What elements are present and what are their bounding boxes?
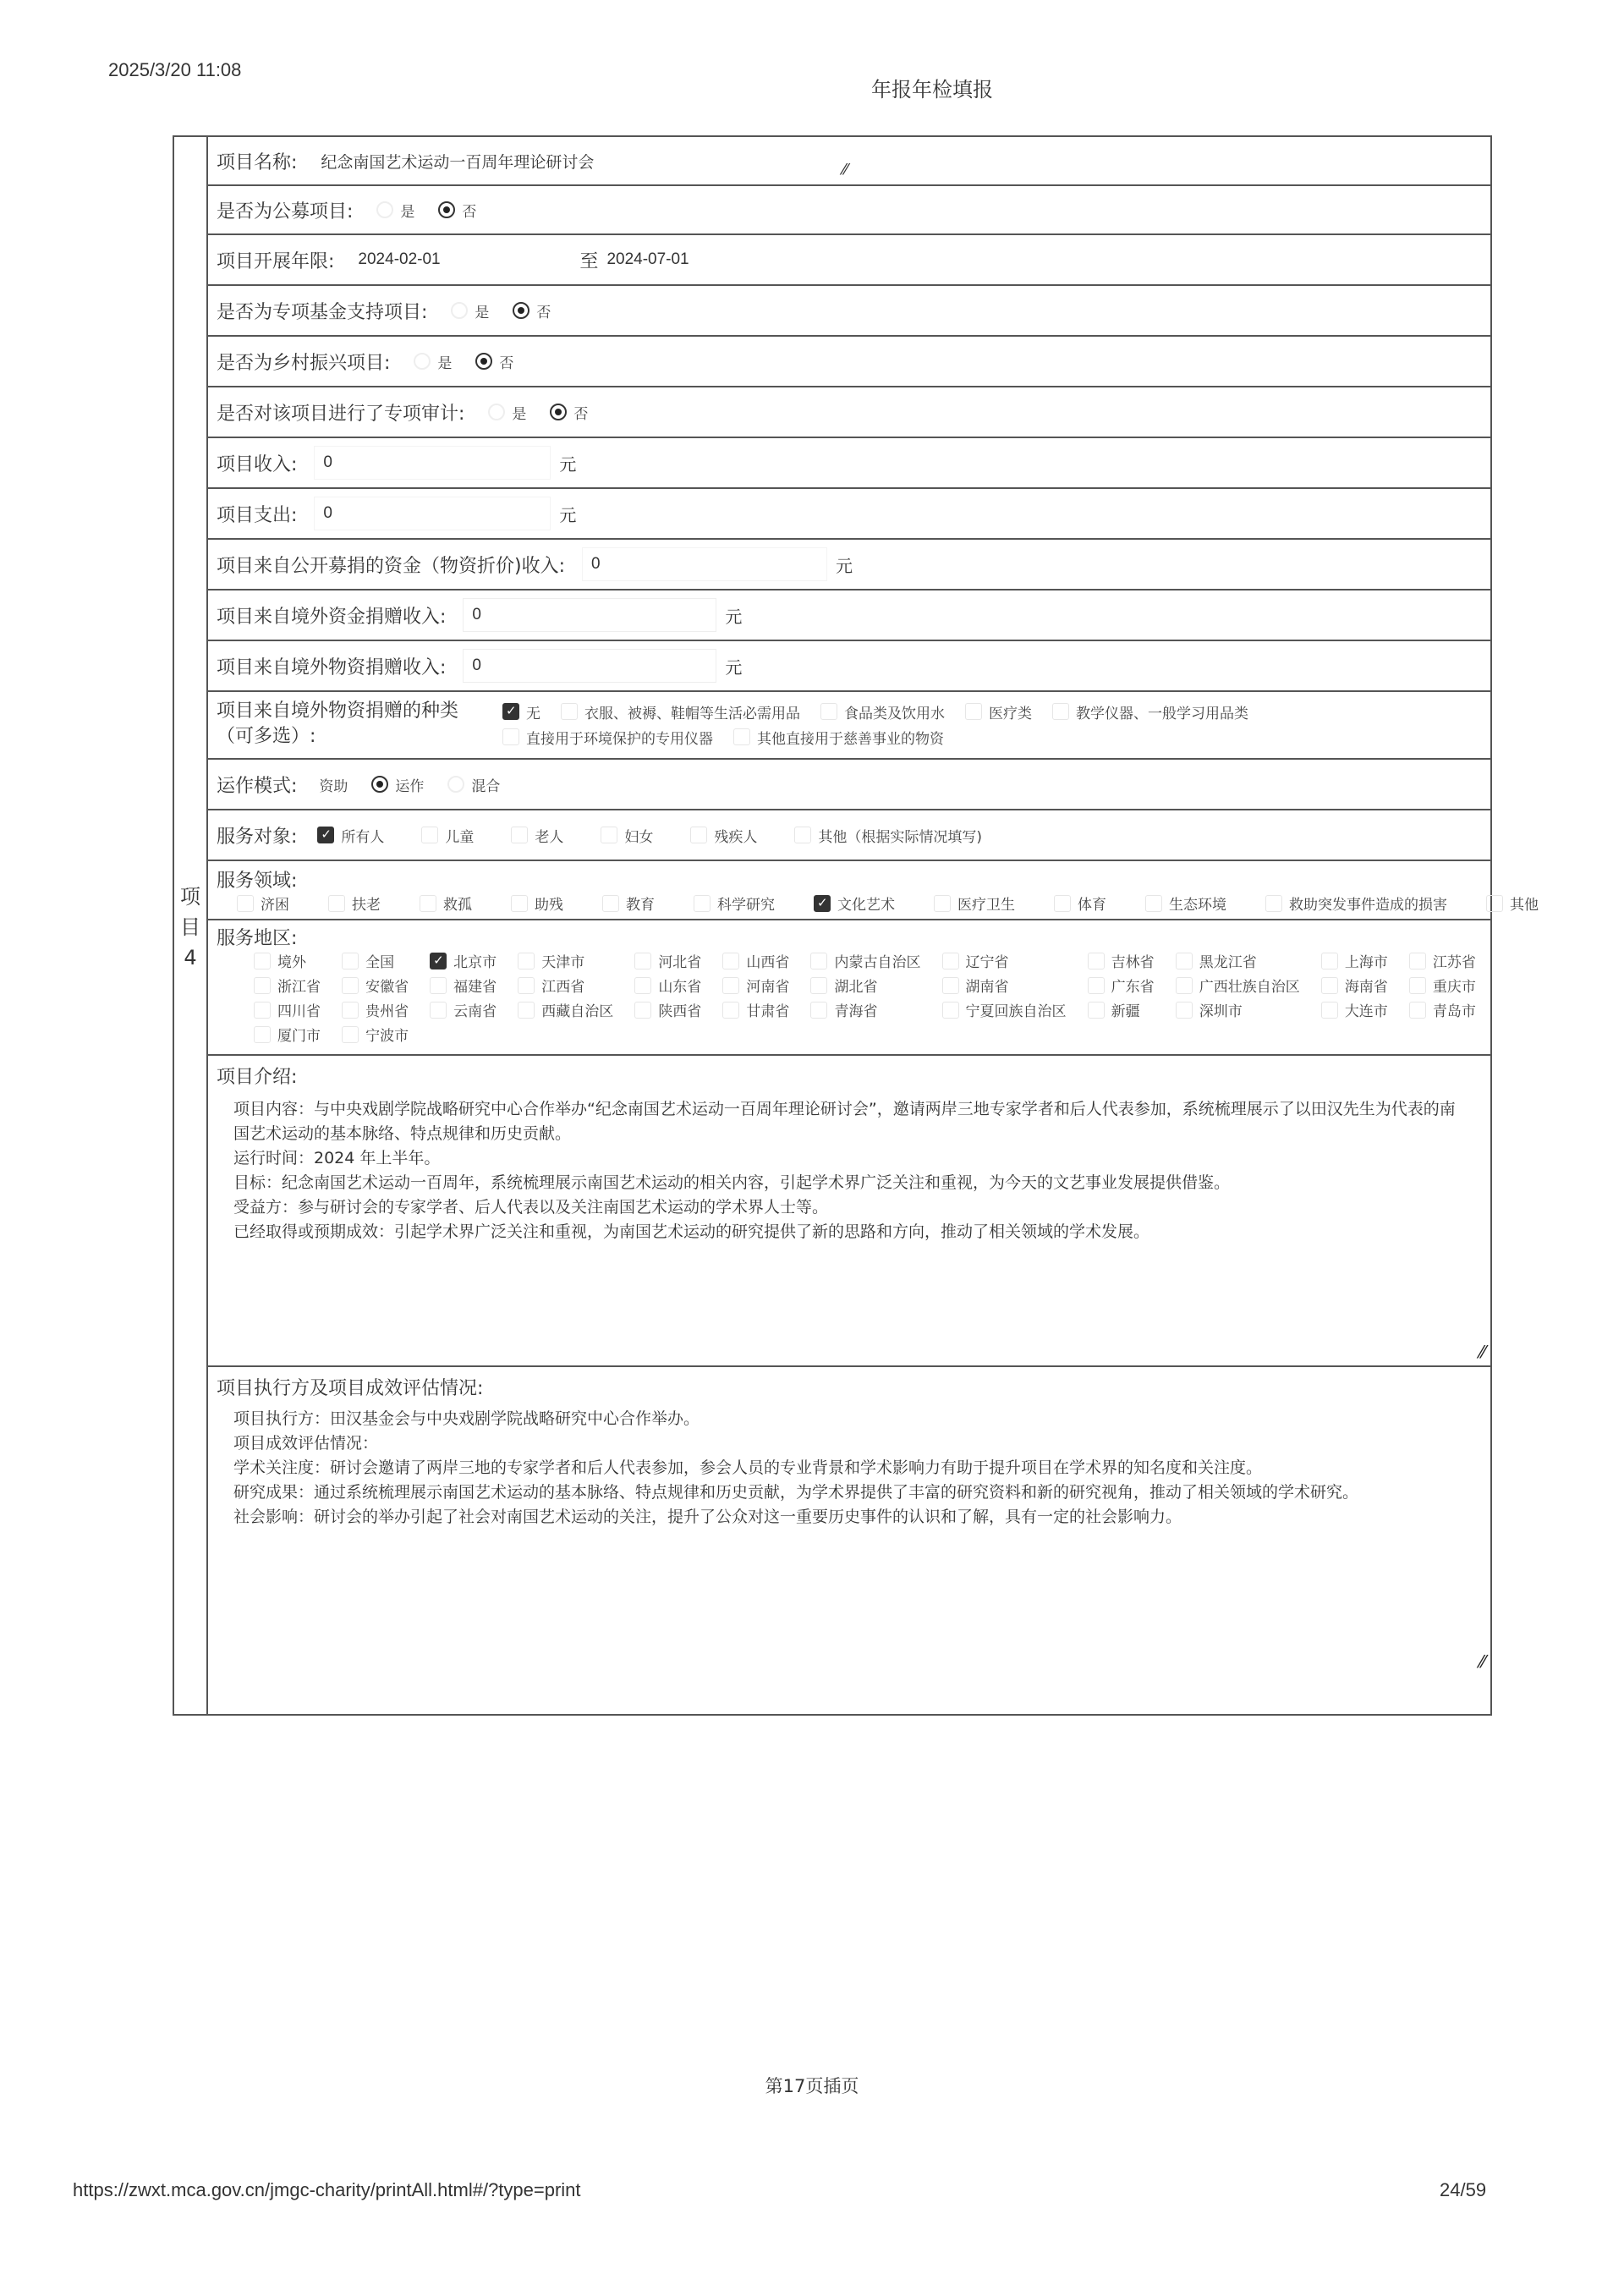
- option-label: 内蒙古自治区: [834, 950, 920, 971]
- checkbox-icon: [820, 703, 837, 720]
- service-region-checkbox[interactable]: 浙江省: [242, 975, 321, 996]
- evaluation-label: 项目执行方及项目成效评估情况:: [217, 1374, 483, 1400]
- checkbox-icon: [518, 953, 535, 969]
- text-line: 项目内容：与中央戏剧学院战略研究中心合作举办“纪念南国艺术运动一百周年理论研讨会…: [233, 1097, 1468, 1146]
- service-region-checkbox[interactable]: 贵州省: [330, 999, 409, 1020]
- text-line: 研究成果：通过系统梳理展示南国艺术运动的基本脉络、特点规律和历史贡献，为学术界提…: [233, 1480, 1468, 1505]
- service-region-checkbox[interactable]: 吉林省: [1076, 950, 1155, 971]
- checkbox-checked-icon: [502, 703, 519, 720]
- service-region-checkbox[interactable]: 广西壮族自治区: [1164, 975, 1301, 996]
- project-side-column: 项 目 4: [174, 137, 208, 1714]
- checkbox-icon: [1321, 977, 1338, 994]
- checkbox-icon: [518, 1002, 535, 1019]
- service-region-checkbox[interactable]: 陕西省: [623, 999, 702, 1020]
- service-region-checkbox[interactable]: 厦门市: [242, 1024, 321, 1045]
- radio-no[interactable]: 否: [423, 200, 476, 221]
- public-fundraising-label: 是否为公募项目:: [217, 197, 353, 223]
- checkbox-checked-icon: [317, 827, 334, 843]
- service-region-checkbox[interactable]: 江苏省: [1397, 950, 1477, 971]
- print-datetime: 2025/3/20 11:08: [108, 59, 241, 81]
- option-label: 体育: [1078, 893, 1106, 914]
- service-region-checkbox[interactable]: 河南省: [710, 975, 790, 996]
- option-label: 上海市: [1345, 950, 1388, 971]
- option-label: 否: [536, 300, 551, 321]
- service-targets-label: 服务对象:: [217, 822, 297, 849]
- checkbox-icon: [1265, 895, 1282, 912]
- project-form: 项 目 4 项目名称: 纪念南国艺术运动一百周年理论研讨会 ⁄⁄ 是否为公募项目…: [173, 135, 1492, 1716]
- service-region-checkbox[interactable]: 宁波市: [330, 1024, 409, 1045]
- expense-unit: 元: [559, 502, 576, 526]
- option-label: 教学仪器、一般学习用品类: [1076, 701, 1248, 722]
- option-label: 否: [573, 402, 588, 423]
- service-region-checkbox[interactable]: 湖北省: [798, 975, 921, 996]
- option-label: 宁波市: [365, 1024, 409, 1045]
- checkbox-icon: [342, 977, 359, 994]
- overseas-fund-income-row: 项目来自境外资金捐赠收入: 0 元: [208, 590, 1490, 641]
- overseas-goods-income-input[interactable]: 0: [463, 649, 716, 683]
- service-target-checkbox[interactable]: 其他（根据实际情况填写): [782, 825, 982, 846]
- option-label: 四川省: [277, 999, 321, 1020]
- checkbox-checked-icon: [430, 953, 447, 969]
- checkbox-icon: [1054, 895, 1071, 912]
- page-title: 年报年检填报: [871, 73, 993, 102]
- option-label: 救助突发事件造成的损害: [1289, 893, 1447, 914]
- checkbox-icon: [1088, 1002, 1105, 1019]
- special-audit-row: 是否对该项目进行了专项审计: 是 否: [208, 387, 1490, 438]
- text-line: 项目执行方：田汉基金会与中央戏剧学院战略研究中心合作举办。: [233, 1407, 1468, 1431]
- radio-no[interactable]: 否: [497, 300, 551, 321]
- checkbox-icon: [810, 1002, 827, 1019]
- service-region-checkbox[interactable]: 云南省: [418, 999, 497, 1020]
- checkbox-other-charity-goods[interactable]: 其他直接用于慈善事业的物资: [721, 727, 944, 748]
- checkbox-icon: [1486, 895, 1503, 912]
- option-label: 境外: [277, 950, 306, 971]
- option-label: 浙江省: [277, 975, 321, 996]
- service-region-checkbox[interactable]: 宁夏回族自治区: [930, 999, 1067, 1020]
- radio-selected-icon: [371, 776, 388, 793]
- service-field-checkbox[interactable]: 教育: [590, 893, 655, 914]
- checkbox-icon: [1409, 977, 1426, 994]
- radio-icon: [376, 201, 393, 218]
- service-field-checkbox[interactable]: 助残: [499, 893, 563, 914]
- option-label: 文化艺术: [837, 893, 895, 914]
- option-label: 老人: [535, 825, 563, 846]
- option-label: 衣服、被褥、鞋帽等生活必需用品: [584, 701, 800, 722]
- service-fields-label: 服务领域:: [217, 866, 297, 893]
- checkbox-medical[interactable]: 医疗类: [953, 701, 1032, 722]
- project-period-row: 项目开展年限: 2024-02-01 至 2024-07-01: [208, 235, 1490, 286]
- service-region-checkbox[interactable]: 深圳市: [1164, 999, 1301, 1020]
- option-label: 湖南省: [966, 975, 1009, 996]
- option-label: 是: [475, 300, 489, 321]
- checkbox-icon: [254, 953, 271, 969]
- option-label: 济困: [261, 893, 289, 914]
- option-label: 全国: [365, 950, 394, 971]
- option-label: 无: [526, 701, 540, 722]
- checkbox-icon: [1088, 977, 1105, 994]
- overseas-goods-types-row: 项目来自境外物资捐赠的种类 （可多选）: 无 衣服、被褥、鞋帽等生活必需用品 食…: [208, 692, 1490, 760]
- option-label: 其他（根据实际情况填写): [818, 825, 982, 846]
- option-label: 大连市: [1345, 999, 1388, 1020]
- radio-icon: [488, 404, 505, 420]
- checkbox-icon: [518, 977, 535, 994]
- checkbox-icon: [942, 1002, 959, 1019]
- service-target-checkbox[interactable]: 妇女: [589, 825, 653, 846]
- option-label: 医疗卫生: [957, 893, 1015, 914]
- expense-label: 项目支出:: [217, 501, 297, 527]
- checkbox-icon: [934, 895, 951, 912]
- checkbox-icon: [601, 827, 617, 843]
- checkbox-icon: [602, 895, 619, 912]
- checkbox-checked-icon: [814, 895, 831, 912]
- checkbox-icon: [1409, 1002, 1426, 1019]
- project-name-row: 项目名称: 纪念南国艺术运动一百周年理论研讨会 ⁄⁄: [208, 137, 1490, 186]
- label-line: （可多选）:: [217, 724, 502, 750]
- option-label: 黑龙江省: [1199, 950, 1257, 971]
- service-target-checkbox[interactable]: 老人: [499, 825, 563, 846]
- checkbox-icon: [254, 1026, 271, 1043]
- radio-selected-icon: [475, 353, 492, 370]
- overseas-fund-income-unit: 元: [725, 603, 742, 628]
- service-regions-label: 服务地区:: [217, 924, 297, 950]
- option-label: 儿童: [445, 825, 474, 846]
- option-label: 其他直接用于慈善事业的物资: [757, 727, 944, 748]
- checkbox-icon: [942, 953, 959, 969]
- option-label: 扶老: [352, 893, 381, 914]
- radio-selected-icon: [513, 302, 529, 319]
- text-line: 运行时间：2024 年上半年。: [233, 1146, 1468, 1171]
- overseas-goods-income-label: 项目来自境外物资捐赠收入:: [217, 653, 446, 679]
- checkbox-icon: [420, 895, 436, 912]
- service-region-checkbox[interactable]: 安徽省: [330, 975, 409, 996]
- service-region-checkbox[interactable]: 大连市: [1309, 999, 1389, 1020]
- option-label: 重庆市: [1433, 975, 1476, 996]
- option-label: 否: [462, 200, 476, 221]
- option-label: 北京市: [453, 950, 497, 971]
- option-label: 山西省: [746, 950, 789, 971]
- service-field-checkbox[interactable]: 扶老: [316, 893, 381, 914]
- option-label: 医疗类: [989, 701, 1032, 722]
- checkbox-icon: [694, 895, 710, 912]
- checkbox-icon: [1321, 953, 1338, 969]
- service-field-checkbox[interactable]: 济困: [225, 893, 289, 914]
- option-label: 直接用于环境保护的专用仪器: [526, 727, 713, 748]
- service-target-checkbox[interactable]: 所有人: [305, 825, 384, 846]
- checkbox-icon: [342, 953, 359, 969]
- option-label: 残疾人: [714, 825, 757, 846]
- checkbox-icon: [328, 895, 345, 912]
- start-date-input[interactable]: 2024-02-01: [358, 250, 579, 269]
- checkbox-icon: [1052, 703, 1069, 720]
- overseas-goods-types-label: 项目来自境外物资捐赠的种类 （可多选）:: [217, 699, 502, 750]
- checkbox-icon: [1176, 953, 1193, 969]
- side-label-char: 4: [176, 942, 205, 973]
- special-audit-label: 是否对该项目进行了专项审计:: [217, 399, 464, 426]
- service-targets-row: 服务对象: 所有人儿童老人妇女残疾人其他（根据实际情况填写): [208, 810, 1490, 861]
- text-line: 学术关注度：研讨会邀请了两岸三地的专家学者和后人代表参加，参会人员的专业背景和学…: [233, 1456, 1468, 1480]
- option-label: 深圳市: [1199, 999, 1243, 1020]
- service-region-checkbox[interactable]: 西藏自治区: [506, 999, 614, 1020]
- service-region-checkbox[interactable]: 甘肃省: [710, 999, 790, 1020]
- service-target-checkbox[interactable]: 儿童: [409, 825, 474, 846]
- checkbox-icon: [1088, 953, 1105, 969]
- checkbox-icon: [502, 728, 519, 745]
- option-label: 云南省: [453, 999, 497, 1020]
- radio-yes[interactable]: 是: [398, 351, 452, 372]
- service-region-checkbox[interactable]: 山东省: [623, 975, 702, 996]
- radio-yes[interactable]: 是: [361, 200, 414, 221]
- service-region-checkbox[interactable]: 全国: [330, 950, 409, 971]
- option-label: 广西壮族自治区: [1199, 975, 1300, 996]
- radio-icon: [414, 353, 431, 370]
- radio-funding[interactable]: 资助: [319, 774, 348, 795]
- option-label: 新疆: [1111, 999, 1140, 1020]
- option-label: 安徽省: [365, 975, 409, 996]
- checkbox-icon: [634, 1002, 651, 1019]
- option-label: 海南省: [1345, 975, 1388, 996]
- special-fund-label: 是否为专项基金支持项目:: [217, 298, 427, 324]
- introduction-label: 项目介绍:: [217, 1063, 297, 1089]
- option-label: 湖北省: [834, 975, 877, 996]
- option-label: 福建省: [453, 975, 497, 996]
- evaluation-textarea[interactable]: 项目执行方：田汉基金会与中央戏剧学院战略研究中心合作举办。项目成效评估情况：学术…: [233, 1407, 1468, 1530]
- service-field-checkbox[interactable]: 医疗卫生: [922, 893, 1015, 914]
- operation-mode-row: 运作模式: 资助 运作 混合: [208, 760, 1490, 810]
- public-fundraising-row: 是否为公募项目: 是 否: [208, 186, 1490, 235]
- text-line: 受益方：参与研讨会的专家学者、后人代表以及关注南国艺术运动的学术界人士等。: [233, 1195, 1468, 1220]
- option-label: 其他: [1510, 893, 1539, 914]
- checkbox-icon: [722, 977, 739, 994]
- option-label: 救孤: [443, 893, 472, 914]
- option-label: 贵州省: [365, 999, 409, 1020]
- print-url: https://zwxt.mca.gov.cn/jmgc-charity/pri…: [73, 2179, 581, 2201]
- income-row: 项目收入: 0 元: [208, 438, 1490, 489]
- option-label: 生态环境: [1169, 893, 1226, 914]
- service-regions-row: 服务地区: 境外全国北京市天津市河北省山西省内蒙古自治区辽宁省吉林省黑龙江省上海…: [208, 920, 1490, 1056]
- radio-selected-icon: [438, 201, 455, 218]
- option-label: 辽宁省: [966, 950, 1009, 971]
- option-label: 运作: [395, 774, 424, 795]
- option-label: 资助: [319, 774, 348, 795]
- public-donation-income-label: 项目来自公开募捐的资金（物资折价)收入:: [217, 552, 565, 578]
- evaluation-row: 项目执行方及项目成效评估情况: 项目执行方：田汉基金会与中央戏剧学院战略研究中心…: [208, 1367, 1490, 1675]
- radio-icon: [451, 302, 468, 319]
- introduction-row: 项目介绍: 项目内容：与中央戏剧学院战略研究中心合作举办“纪念南国艺术运动一百周…: [208, 1056, 1490, 1367]
- checkbox-icon: [1145, 895, 1162, 912]
- service-field-checkbox[interactable]: 科学研究: [682, 893, 775, 914]
- option-label: 是: [512, 402, 526, 423]
- service-region-checkbox[interactable]: 福建省: [418, 975, 497, 996]
- expense-row: 项目支出: 0 元: [208, 489, 1490, 540]
- period-to-label: 至: [579, 247, 598, 273]
- text-line: 目标：纪念南国艺术运动一百周年，系统梳理展示南国艺术运动的相关内容，引起学术界广…: [233, 1171, 1468, 1195]
- radio-no[interactable]: 否: [535, 402, 588, 423]
- side-label-char: 项: [176, 882, 205, 912]
- checkbox-icon: [237, 895, 254, 912]
- option-label: 吉林省: [1111, 950, 1155, 971]
- service-region-checkbox[interactable]: 四川省: [242, 999, 321, 1020]
- service-region-checkbox[interactable]: 辽宁省: [930, 950, 1067, 971]
- service-region-checkbox[interactable]: 河北省: [623, 950, 702, 971]
- option-label: 河南省: [746, 975, 789, 996]
- service-field-checkbox[interactable]: 救助突发事件造成的损害: [1254, 893, 1447, 914]
- checkbox-icon: [511, 827, 528, 843]
- service-region-checkbox[interactable]: 北京市: [418, 950, 497, 971]
- service-field-checkbox[interactable]: 体育: [1042, 893, 1106, 914]
- checkbox-icon: [810, 977, 827, 994]
- checkbox-teaching-supplies[interactable]: 教学仪器、一般学习用品类: [1040, 701, 1248, 722]
- text-line: 项目成效评估情况：: [233, 1431, 1468, 1456]
- option-label: 教育: [626, 893, 655, 914]
- radio-icon: [447, 776, 464, 793]
- checkbox-icon: [421, 827, 438, 843]
- service-region-checkbox[interactable]: 重庆市: [1397, 975, 1477, 996]
- resize-handle-icon[interactable]: ⁄⁄: [1479, 1651, 1485, 1672]
- income-label: 项目收入:: [217, 450, 297, 476]
- overseas-fund-income-input[interactable]: 0: [463, 598, 716, 632]
- project-name-label: 项目名称:: [217, 148, 297, 174]
- service-field-checkbox[interactable]: 文化艺术: [802, 893, 895, 914]
- radio-mixed[interactable]: 混合: [432, 774, 500, 795]
- service-field-checkbox[interactable]: 救孤: [408, 893, 472, 914]
- checkbox-food-water[interactable]: 食品类及饮用水: [809, 701, 945, 722]
- service-region-checkbox[interactable]: 湖南省: [930, 975, 1067, 996]
- radio-selected-icon: [550, 404, 567, 420]
- overseas-goods-income-unit: 元: [725, 654, 742, 678]
- checkbox-icon: [1176, 977, 1193, 994]
- side-label-char: 目: [176, 912, 205, 942]
- checkbox-icon: [722, 1002, 739, 1019]
- resize-handle-icon[interactable]: ⁄⁄: [842, 161, 848, 179]
- service-region-checkbox[interactable]: 新疆: [1076, 999, 1155, 1020]
- option-label: 助残: [535, 893, 563, 914]
- service-region-checkbox[interactable]: 山西省: [710, 950, 790, 971]
- option-label: 妇女: [624, 825, 653, 846]
- service-field-checkbox[interactable]: 生态环境: [1133, 893, 1226, 914]
- special-fund-row: 是否为专项基金支持项目: 是 否: [208, 286, 1490, 337]
- public-donation-income-row: 项目来自公开募捐的资金（物资折价)收入: 0 元: [208, 540, 1490, 590]
- service-region-checkbox[interactable]: 上海市: [1309, 950, 1389, 971]
- checkbox-icon: [430, 977, 447, 994]
- checkbox-icon: [342, 1002, 359, 1019]
- income-input[interactable]: 0: [314, 446, 551, 480]
- public-donation-income-unit: 元: [836, 552, 853, 577]
- project-index-label: 项 目 4: [176, 882, 205, 973]
- service-region-checkbox[interactable]: 天津市: [506, 950, 614, 971]
- option-label: 青岛市: [1433, 999, 1476, 1020]
- option-label: 科学研究: [717, 893, 775, 914]
- checkbox-icon: [1409, 953, 1426, 969]
- checkbox-icon: [634, 977, 651, 994]
- service-region-checkbox[interactable]: 青海省: [798, 999, 921, 1020]
- option-label: 青海省: [834, 999, 877, 1020]
- option-label: 是: [437, 351, 452, 372]
- option-label: 食品类及饮用水: [844, 701, 945, 722]
- checkbox-icon: [254, 1002, 271, 1019]
- page-count: 24/59: [1440, 2179, 1486, 2201]
- service-region-checkbox[interactable]: 内蒙古自治区: [798, 950, 921, 971]
- option-label: 宁夏回族自治区: [966, 999, 1067, 1020]
- checkbox-icon: [634, 953, 651, 969]
- end-date-input[interactable]: 2024-07-01: [606, 250, 689, 269]
- option-label: 江苏省: [1433, 950, 1476, 971]
- checkbox-none[interactable]: 无: [502, 701, 540, 722]
- service-region-checkbox[interactable]: 海南省: [1309, 975, 1389, 996]
- option-label: 混合: [471, 774, 500, 795]
- rural-revival-row: 是否为乡村振兴项目: 是 否: [208, 337, 1490, 387]
- option-label: 陕西省: [658, 999, 701, 1020]
- label-line: 项目来自境外物资捐赠的种类: [217, 699, 502, 724]
- option-label: 甘肃省: [746, 999, 789, 1020]
- option-label: 天津市: [541, 950, 584, 971]
- radio-yes[interactable]: 是: [473, 402, 526, 423]
- option-label: 厦门市: [277, 1024, 321, 1045]
- text-line: 社会影响：研讨会的举办引起了社会对南国艺术运动的关注，提升了公众对这一重要历史事…: [233, 1505, 1468, 1530]
- checkbox-icon: [690, 827, 707, 843]
- service-fields-row: 服务领域: 济困扶老救孤助残教育科学研究文化艺术医疗卫生体育生态环境救助突发事件…: [208, 861, 1490, 920]
- resize-handle-icon[interactable]: ⁄⁄: [1479, 1342, 1485, 1362]
- checkbox-icon: [561, 703, 578, 720]
- service-region-checkbox[interactable]: 境外: [242, 950, 321, 971]
- option-label: 西藏自治区: [541, 999, 613, 1020]
- checkbox-icon: [942, 977, 959, 994]
- option-label: 河北省: [658, 950, 701, 971]
- service-region-checkbox[interactable]: 黑龙江省: [1164, 950, 1301, 971]
- service-region-checkbox[interactable]: 江西省: [506, 975, 614, 996]
- operation-mode-label: 运作模式:: [217, 772, 297, 798]
- option-label: 江西省: [541, 975, 584, 996]
- introduction-textarea[interactable]: 项目内容：与中央戏剧学院战略研究中心合作举办“纪念南国艺术运动一百周年理论研讨会…: [233, 1097, 1468, 1244]
- public-donation-income-input[interactable]: 0: [582, 547, 827, 581]
- service-field-checkbox[interactable]: 其他: [1474, 893, 1539, 914]
- checkbox-icon: [254, 977, 271, 994]
- checkbox-icon: [430, 1002, 447, 1019]
- option-label: 山东省: [658, 975, 701, 996]
- checkbox-icon: [1176, 1002, 1193, 1019]
- option-label: 否: [499, 351, 513, 372]
- text-line: 已经取得或预期成效：引起学术界广泛关注和重视，为南国艺术运动的研究提供了新的思路…: [233, 1220, 1468, 1244]
- checkbox-icon: [965, 703, 982, 720]
- checkbox-icon: [722, 953, 739, 969]
- project-name-input[interactable]: 纪念南国艺术运动一百周年理论研讨会: [321, 150, 594, 173]
- checkbox-icon: [794, 827, 811, 843]
- service-region-checkbox[interactable]: 青岛市: [1397, 999, 1477, 1020]
- checkbox-icon: [511, 895, 528, 912]
- income-unit: 元: [559, 451, 576, 475]
- radio-yes[interactable]: 是: [436, 300, 489, 321]
- overseas-goods-income-row: 项目来自境外物资捐赠收入: 0 元: [208, 641, 1490, 692]
- insert-page-label: 第17页插页: [0, 2073, 1624, 2098]
- radio-no[interactable]: 否: [460, 351, 513, 372]
- project-period-label: 项目开展年限:: [217, 247, 334, 273]
- expense-input[interactable]: 0: [314, 497, 551, 530]
- option-label: 广东省: [1111, 975, 1155, 996]
- service-region-checkbox[interactable]: 广东省: [1076, 975, 1155, 996]
- checkbox-icon: [810, 953, 827, 969]
- checkbox-icon: [1321, 1002, 1338, 1019]
- service-target-checkbox[interactable]: 残疾人: [678, 825, 757, 846]
- checkbox-environmental-instruments[interactable]: 直接用于环境保护的专用仪器: [502, 727, 713, 748]
- checkbox-daily-necessities[interactable]: 衣服、被褥、鞋帽等生活必需用品: [549, 701, 800, 722]
- radio-operation[interactable]: 运作: [356, 774, 424, 795]
- option-label: 所有人: [341, 825, 384, 846]
- overseas-fund-income-label: 项目来自境外资金捐赠收入:: [217, 602, 446, 629]
- option-label: 是: [400, 200, 414, 221]
- checkbox-icon: [733, 728, 750, 745]
- checkbox-icon: [342, 1026, 359, 1043]
- rural-revival-label: 是否为乡村振兴项目:: [217, 349, 390, 375]
